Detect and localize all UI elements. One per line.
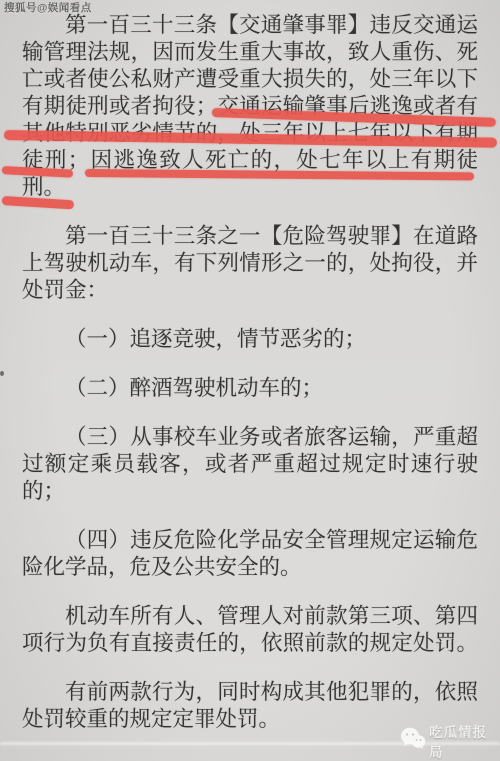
photo-speck	[0, 371, 4, 376]
paragraph-item-1: （一）追逐竞驶，情节恶劣的；	[22, 326, 478, 353]
paragraph-item-3: （三）从事校车业务或者旅客运输，严重超 过额定乘员载客，或者严重超过规定时速行驶…	[22, 424, 478, 505]
wechat-icon	[400, 727, 426, 755]
watermark-label: 吃瓜情报局	[429, 721, 500, 761]
text-line: 险化学品，危及公共安全的。	[22, 554, 478, 581]
watermark-bottom-right: 吃瓜情报局	[400, 721, 500, 761]
text-line: 第一百三十三条之一【危险驾驶罪】在道路	[22, 223, 478, 250]
text-line: 有前两款行为，同时构成其他犯罪的，依照	[22, 679, 478, 706]
text-line: 项行为负有直接责任的，依照前款的规定处罚。	[22, 630, 478, 657]
text-line: 过额定乘员载客，或者严重超过规定时速行驶	[22, 451, 478, 478]
text-line: 亡或者使公私财产遭受重大损失的，处三年以下	[22, 66, 478, 93]
text-line: 上驾驶机动车，有下列情形之一的，处拘役，并	[22, 250, 478, 277]
paragraph-owner-liability: 机动车所有人、管理人对前款第三项、第四 项行为负有直接责任的，依照前款的规定处罚…	[22, 603, 478, 657]
paragraph-item-2: （二）醉酒驾驶机动车的；	[22, 375, 478, 402]
paragraph-item-4: （四）违反危险化学品安全管理规定运输危 险化学品，危及公共安全的。	[22, 527, 478, 581]
text-line: （四）违反危险化学品安全管理规定运输危	[22, 527, 478, 554]
paragraph-article-133-1: 第一百三十三条之一【危险驾驶罪】在道路 上驾驶机动车，有下列情形之一的，处拘役，…	[22, 223, 478, 304]
text-line: （一）追逐竞驶，情节恶劣的；	[22, 326, 478, 353]
text-line: 第一百三十三条【交通肇事罪】违反交通运	[22, 12, 478, 39]
text-line: 输管理法规，因而发生重大事故，致人重伤、死	[22, 39, 478, 66]
text-line: 的；	[22, 478, 478, 505]
text-line: （三）从事校车业务或者旅客运输，严重超	[22, 424, 478, 451]
text-line: 机动车所有人、管理人对前款第三项、第四	[22, 603, 478, 630]
text-line: （二）醉酒驾驶机动车的；	[22, 375, 478, 402]
text-line: 处罚金：	[22, 277, 478, 304]
